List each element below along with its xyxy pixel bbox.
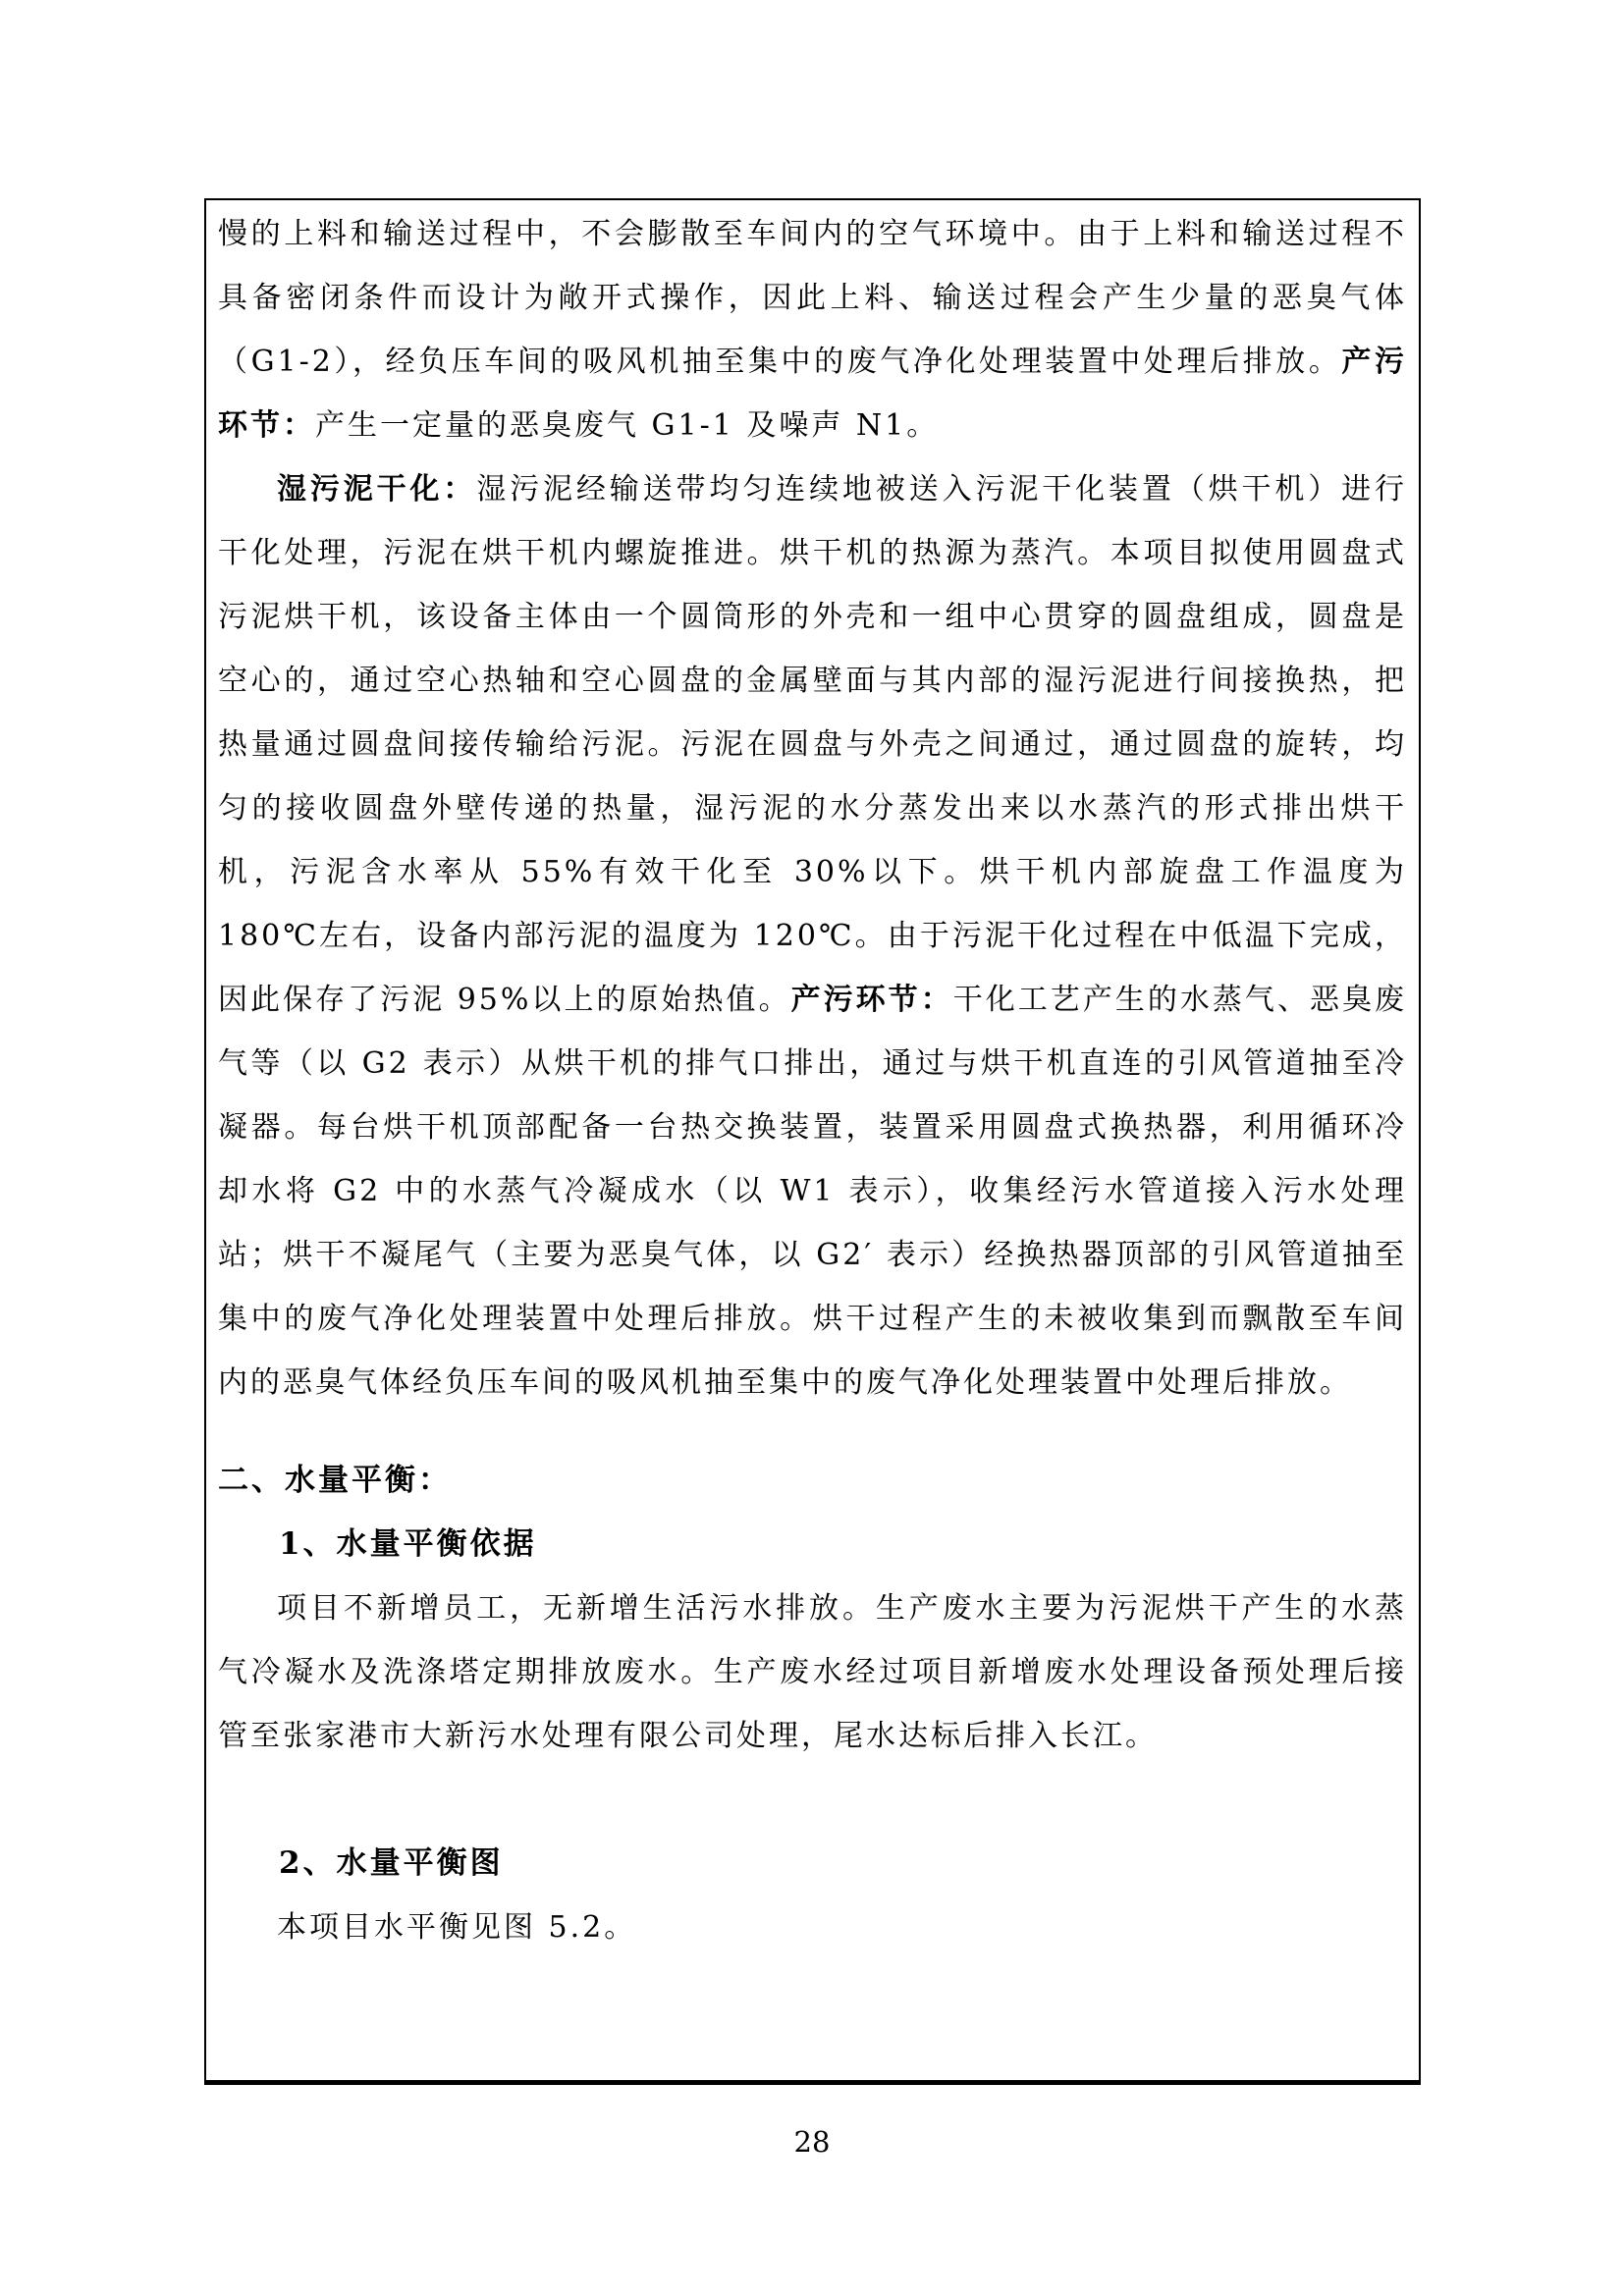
paragraph-wet-sludge-drying: 湿污泥干化：湿污泥经输送带均匀连续地被送入污泥干化装置（烘干机）进行干化处理，污… xyxy=(218,457,1407,1415)
subheading-water-balance-basis: 1、水量平衡依据 xyxy=(218,1513,1407,1576)
bordered-content-area: 慢的上料和输送过程中，不会膨散至车间内的空气环境中。由于上料和输送过程不具备密闭… xyxy=(204,198,1421,2085)
body-text-run: 产生一定量的恶臭废气 G1-1 及噪声 N1。 xyxy=(315,408,939,443)
pollution-link-label: 产污环节： xyxy=(791,983,953,1017)
paragraph-figure-reference: 本项目水平衡见图 5.2。 xyxy=(218,1896,1407,1959)
wet-sludge-drying-label: 湿污泥干化： xyxy=(277,472,476,507)
paragraph-wastewater-basis: 项目不新增员工，无新增生活污水排放。生产废水主要为污泥烘干产生的水蒸气冷凝水及洗… xyxy=(218,1576,1407,1768)
body-text-run: 干化工艺产生的水蒸气、恶臭废气等（以 G2 表示）从烘干机的排气口排出，通过与烘… xyxy=(218,983,1407,1400)
body-text-run: 湿污泥经输送带均匀连续地被送入污泥干化装置（烘干机）进行干化处理，污泥在烘干机内… xyxy=(218,472,1407,1017)
page-number: 28 xyxy=(0,2122,1624,2162)
section-heading-water-balance: 二、水量平衡： xyxy=(218,1449,1407,1513)
paragraph-material-feeding: 慢的上料和输送过程中，不会膨散至车间内的空气环境中。由于上料和输送过程不具备密闭… xyxy=(218,202,1407,457)
subheading-water-balance-diagram: 2、水量平衡图 xyxy=(218,1832,1407,1896)
body-text-run: 慢的上料和输送过程中，不会膨散至车间内的空气环境中。由于上料和输送过程不具备密闭… xyxy=(218,217,1407,379)
document-page: 慢的上料和输送过程中，不会膨散至车间内的空气环境中。由于上料和输送过程不具备密闭… xyxy=(0,0,1624,2296)
